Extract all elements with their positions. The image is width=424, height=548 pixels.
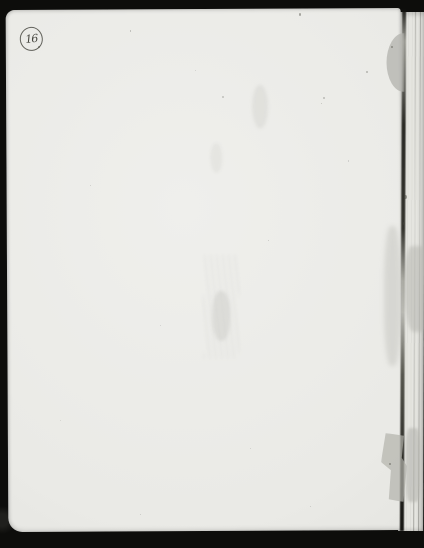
ghost-showthrough-mark: [210, 143, 222, 173]
smudge-blob: [384, 226, 401, 366]
smudge-blob: [406, 428, 420, 502]
ghost-showthrough-mark: [252, 85, 268, 129]
ghost-showthrough-mark: [212, 291, 230, 341]
page-number-text: 16: [25, 32, 38, 44]
photo-frame: 16: [0, 0, 424, 548]
page-number-stamp: 16: [19, 26, 44, 52]
blank-notebook-page: 16: [6, 8, 404, 532]
smudge-blob: [405, 246, 424, 332]
